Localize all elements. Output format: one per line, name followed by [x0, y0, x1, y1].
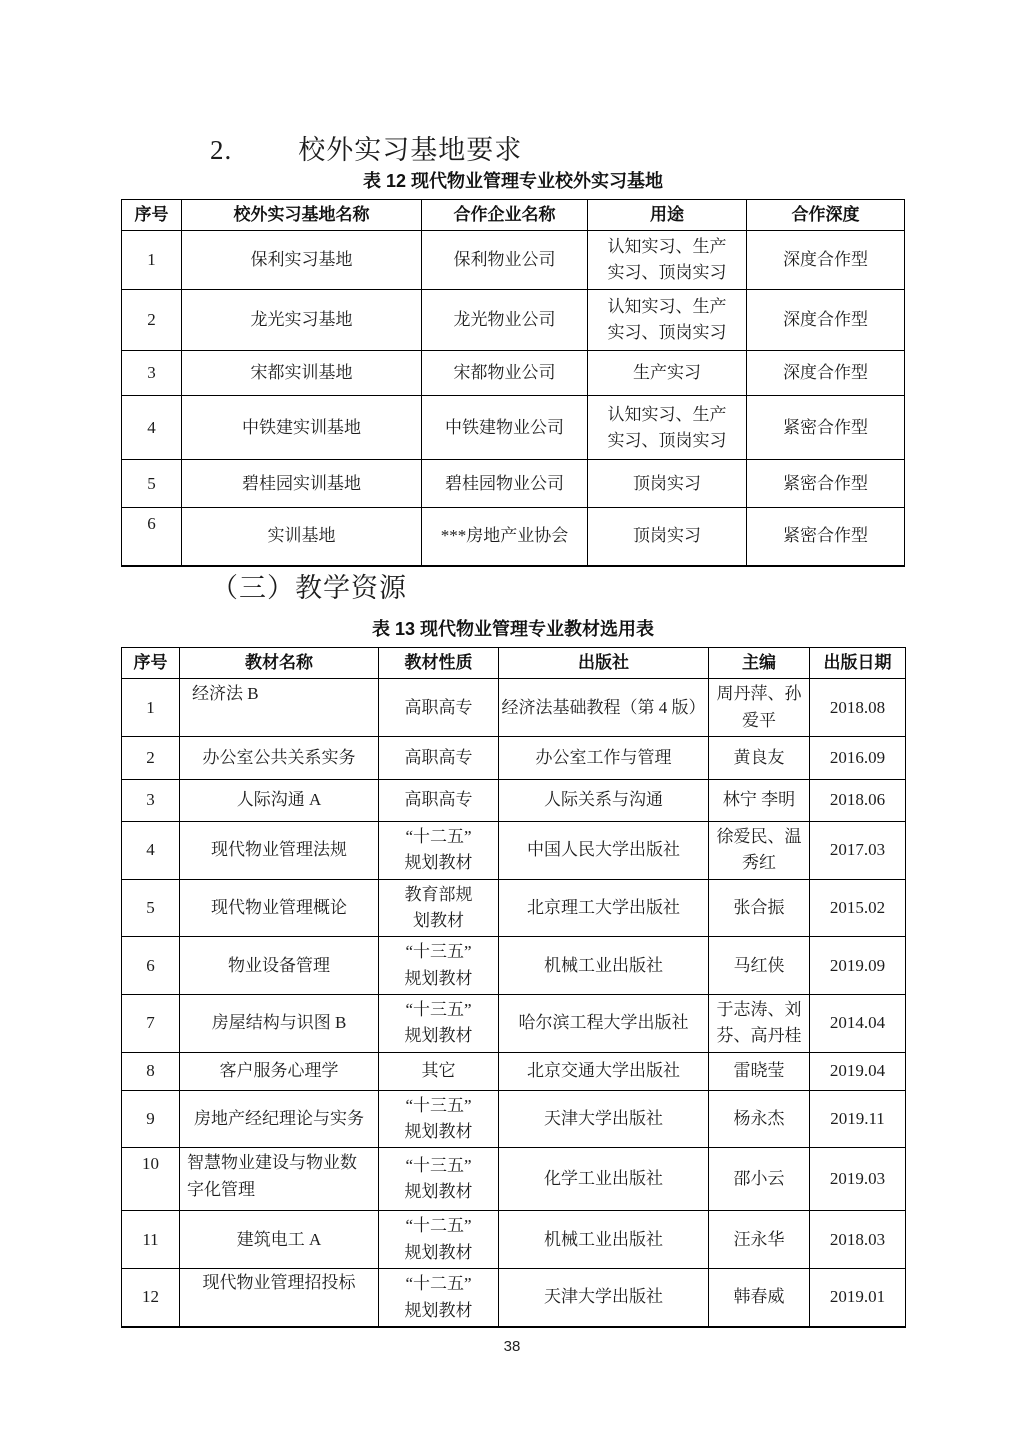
table-cell: 保利实习基地 [182, 231, 422, 290]
table-cell: 马红侠 [709, 937, 810, 995]
table-cell: 顶岗实习 [588, 460, 747, 508]
section-title: 校外实习基地要求 [298, 135, 522, 165]
table-cell: 认知实习、生产 实习、顶岗实习 [588, 290, 747, 351]
textbook-selection-table: 序号教材名称教材性质出版社主编出版日期 1经济法 B高职高专经济法基础教程（第 … [121, 647, 906, 1328]
table-cell: 高职高专 [379, 737, 499, 780]
table-row: 12现代物业管理招投标“十二五” 规划教材天津大学出版社韩春威2019.01 [122, 1269, 906, 1327]
table-cell: 2018.06 [810, 780, 906, 822]
table-cell: 6 [122, 937, 180, 995]
column-header: 出版日期 [810, 648, 906, 679]
table-cell: 宋都物业公司 [422, 351, 588, 396]
table-cell: 高职高专 [379, 780, 499, 822]
table-cell: 紧密合作型 [747, 508, 905, 566]
table12-header: 序号校外实习基地名称合作企业名称用途合作深度 [122, 200, 905, 231]
table-cell: 认知实习、生产 实习、顶岗实习 [588, 396, 747, 460]
table-row: 1经济法 B高职高专经济法基础教程（第 4 版）周丹萍、孙 爱平2018.08 [122, 679, 906, 737]
table-cell: 人际沟通 A [180, 780, 379, 822]
table-cell: 中铁建物业公司 [422, 396, 588, 460]
table-cell: “十三五” 规划教材 [379, 937, 499, 995]
table-row: 5碧桂园实训基地碧桂园物业公司顶岗实习紧密合作型 [122, 460, 905, 508]
table-cell: 深度合作型 [747, 351, 905, 396]
table-cell: 哈尔滨工程大学出版社 [499, 995, 709, 1053]
table-cell: 韩春威 [709, 1269, 810, 1327]
table-cell: 生产实习 [588, 351, 747, 396]
section-heading-3: （三）教学资源 [211, 566, 407, 605]
table-cell: 顶岗实习 [588, 508, 747, 566]
table-cell: 黄良友 [709, 737, 810, 780]
table-header-row: 序号教材名称教材性质出版社主编出版日期 [122, 648, 906, 679]
table-row: 6实训基地***房地产业协会顶岗实习紧密合作型 [122, 508, 905, 566]
table-cell: 客户服务心理学 [180, 1052, 379, 1090]
column-header: 用途 [588, 200, 747, 231]
section-number: 2. [210, 135, 232, 166]
column-header: 出版社 [499, 648, 709, 679]
table-cell: 碧桂园物业公司 [422, 460, 588, 508]
table-cell: 建筑电工 A [180, 1211, 379, 1269]
table-cell: 雷晓莹 [709, 1052, 810, 1090]
document-page: 2.校外实习基地要求 表 12 现代物业管理专业校外实习基地 序号校外实习基地名… [0, 0, 1024, 1447]
table-cell: 现代物业管理概论 [180, 879, 379, 937]
table-cell: 杨永杰 [709, 1090, 810, 1148]
table-cell: 邵小云 [709, 1148, 810, 1211]
table-cell: 11 [122, 1211, 180, 1269]
table-cell: 认知实习、生产 实习、顶岗实习 [588, 231, 747, 290]
table-row: 10智慧物业建设与物业数 字化管理“十三五” 规划教材化学工业出版社邵小云201… [122, 1148, 906, 1211]
table-row: 4现代物业管理法规“十二五” 规划教材中国人民大学出版社徐爱民、温 秀红2017… [122, 822, 906, 880]
table-cell: 其它 [379, 1052, 499, 1090]
table-cell: 办公室公共关系实务 [180, 737, 379, 780]
table-cell: “十三五” 规划教材 [379, 1090, 499, 1148]
table-cell: “十二五” 规划教材 [379, 1211, 499, 1269]
table-cell: 天津大学出版社 [499, 1090, 709, 1148]
table-row: 5现代物业管理概论教育部规 划教材北京理工大学出版社张合振2015.02 [122, 879, 906, 937]
table-cell: “十三五” 规划教材 [379, 995, 499, 1053]
table-cell: 5 [122, 879, 180, 937]
table-cell: 教育部规 划教材 [379, 879, 499, 937]
table-cell: 9 [122, 1090, 180, 1148]
table-cell: 1 [122, 679, 180, 737]
table-cell: 现代物业管理法规 [180, 822, 379, 880]
table-row: 7房屋结构与识图 B“十三五” 规划教材哈尔滨工程大学出版社于志涛、刘 芬、高丹… [122, 995, 906, 1053]
table-cell: 物业设备管理 [180, 937, 379, 995]
column-header: 合作深度 [747, 200, 905, 231]
table-cell: 徐爱民、温 秀红 [709, 822, 810, 880]
table-cell: 2019.01 [810, 1269, 906, 1327]
table-cell: 2016.09 [810, 737, 906, 780]
table-cell: 龙光物业公司 [422, 290, 588, 351]
table-cell: 2 [122, 737, 180, 780]
table-cell: 房地产经纪理论与实务 [180, 1090, 379, 1148]
table-cell: 化学工业出版社 [499, 1148, 709, 1211]
table-cell: 北京交通大学出版社 [499, 1052, 709, 1090]
table-cell: 2015.02 [810, 879, 906, 937]
table-cell: 碧桂园实训基地 [182, 460, 422, 508]
column-header: 校外实习基地名称 [182, 200, 422, 231]
table-cell: 办公室工作与管理 [499, 737, 709, 780]
table-cell: 3 [122, 351, 182, 396]
table-row: 2办公室公共关系实务高职高专办公室工作与管理黄良友2016.09 [122, 737, 906, 780]
table-cell: 8 [122, 1052, 180, 1090]
table-cell: ***房地产业协会 [422, 508, 588, 566]
table-cell: 经济法基础教程（第 4 版） [499, 679, 709, 737]
table-cell: 5 [122, 460, 182, 508]
page-number: 38 [0, 1338, 1024, 1355]
table-cell: “十二五” 规划教材 [379, 1269, 499, 1327]
column-header: 序号 [122, 200, 182, 231]
table-row: 11建筑电工 A“十二五” 规划教材机械工业出版社汪永华2018.03 [122, 1211, 906, 1269]
table-cell: 2018.03 [810, 1211, 906, 1269]
table-cell: 深度合作型 [747, 231, 905, 290]
table-cell: 人际关系与沟通 [499, 780, 709, 822]
table-cell: 实训基地 [182, 508, 422, 566]
table-row: 3人际沟通 A高职高专人际关系与沟通林宁 李明2018.06 [122, 780, 906, 822]
table-row: 9房地产经纪理论与实务“十三五” 规划教材天津大学出版社杨永杰2019.11 [122, 1090, 906, 1148]
table-cell: 2 [122, 290, 182, 351]
table-cell: 2019.03 [810, 1148, 906, 1211]
table-row: 4中铁建实训基地中铁建物业公司认知实习、生产 实习、顶岗实习紧密合作型 [122, 396, 905, 460]
table-cell: 现代物业管理招投标 [180, 1269, 379, 1327]
table12-body: 1保利实习基地保利物业公司认知实习、生产 实习、顶岗实习深度合作型2龙光实习基地… [122, 231, 905, 566]
table-row: 6物业设备管理“十三五” 规划教材机械工业出版社马红侠2019.09 [122, 937, 906, 995]
table-cell: 于志涛、刘 芬、高丹桂 [709, 995, 810, 1053]
table-cell: 经济法 B [180, 679, 379, 737]
table-cell: 周丹萍、孙 爱平 [709, 679, 810, 737]
table-cell: 2014.04 [810, 995, 906, 1053]
table-cell: 张合振 [709, 879, 810, 937]
table-cell: 6 [122, 508, 182, 566]
table-cell: 房屋结构与识图 B [180, 995, 379, 1053]
table-cell: 4 [122, 822, 180, 880]
section-heading-2: 2.校外实习基地要求 [210, 128, 522, 167]
table-cell: 天津大学出版社 [499, 1269, 709, 1327]
external-practice-bases-table: 序号校外实习基地名称合作企业名称用途合作深度 1保利实习基地保利物业公司认知实习… [121, 199, 905, 567]
table13-header: 序号教材名称教材性质出版社主编出版日期 [122, 648, 906, 679]
column-header: 序号 [122, 648, 180, 679]
column-header: 教材性质 [379, 648, 499, 679]
table-cell: 4 [122, 396, 182, 460]
table-row: 8客户服务心理学其它北京交通大学出版社雷晓莹2019.04 [122, 1052, 906, 1090]
table-row: 2龙光实习基地龙光物业公司认知实习、生产 实习、顶岗实习深度合作型 [122, 290, 905, 351]
table-cell: 3 [122, 780, 180, 822]
table-cell: 北京理工大学出版社 [499, 879, 709, 937]
table-cell: 12 [122, 1269, 180, 1327]
table-cell: 7 [122, 995, 180, 1053]
table-cell: 2017.03 [810, 822, 906, 880]
table-cell: 智慧物业建设与物业数 字化管理 [180, 1148, 379, 1211]
table-cell: 宋都实训基地 [182, 351, 422, 396]
column-header: 教材名称 [180, 648, 379, 679]
table-cell: 机械工业出版社 [499, 937, 709, 995]
table-cell: 汪永华 [709, 1211, 810, 1269]
table-cell: 1 [122, 231, 182, 290]
table-cell: 龙光实习基地 [182, 290, 422, 351]
table-cell: 2019.09 [810, 937, 906, 995]
table-cell: 紧密合作型 [747, 460, 905, 508]
table-header-row: 序号校外实习基地名称合作企业名称用途合作深度 [122, 200, 905, 231]
table-cell: 林宁 李明 [709, 780, 810, 822]
table13-caption: 表 13 现代物业管理专业教材选用表 [121, 615, 905, 641]
table-cell: 深度合作型 [747, 290, 905, 351]
table-cell: 中铁建实训基地 [182, 396, 422, 460]
table13-body: 1经济法 B高职高专经济法基础教程（第 4 版）周丹萍、孙 爱平2018.082… [122, 679, 906, 1327]
table-cell: 2019.11 [810, 1090, 906, 1148]
table-cell: 保利物业公司 [422, 231, 588, 290]
table-cell: 10 [122, 1148, 180, 1211]
table-cell: 2018.08 [810, 679, 906, 737]
table-cell: “十二五” 规划教材 [379, 822, 499, 880]
table-cell: 机械工业出版社 [499, 1211, 709, 1269]
table-cell: 高职高专 [379, 679, 499, 737]
table-cell: 2019.04 [810, 1052, 906, 1090]
table12-caption: 表 12 现代物业管理专业校外实习基地 [121, 167, 905, 193]
table-cell: 中国人民大学出版社 [499, 822, 709, 880]
column-header: 主编 [709, 648, 810, 679]
table-row: 1保利实习基地保利物业公司认知实习、生产 实习、顶岗实习深度合作型 [122, 231, 905, 290]
table-cell: “十三五” 规划教材 [379, 1148, 499, 1211]
table-cell: 紧密合作型 [747, 396, 905, 460]
column-header: 合作企业名称 [422, 200, 588, 231]
table-row: 3宋都实训基地宋都物业公司生产实习深度合作型 [122, 351, 905, 396]
